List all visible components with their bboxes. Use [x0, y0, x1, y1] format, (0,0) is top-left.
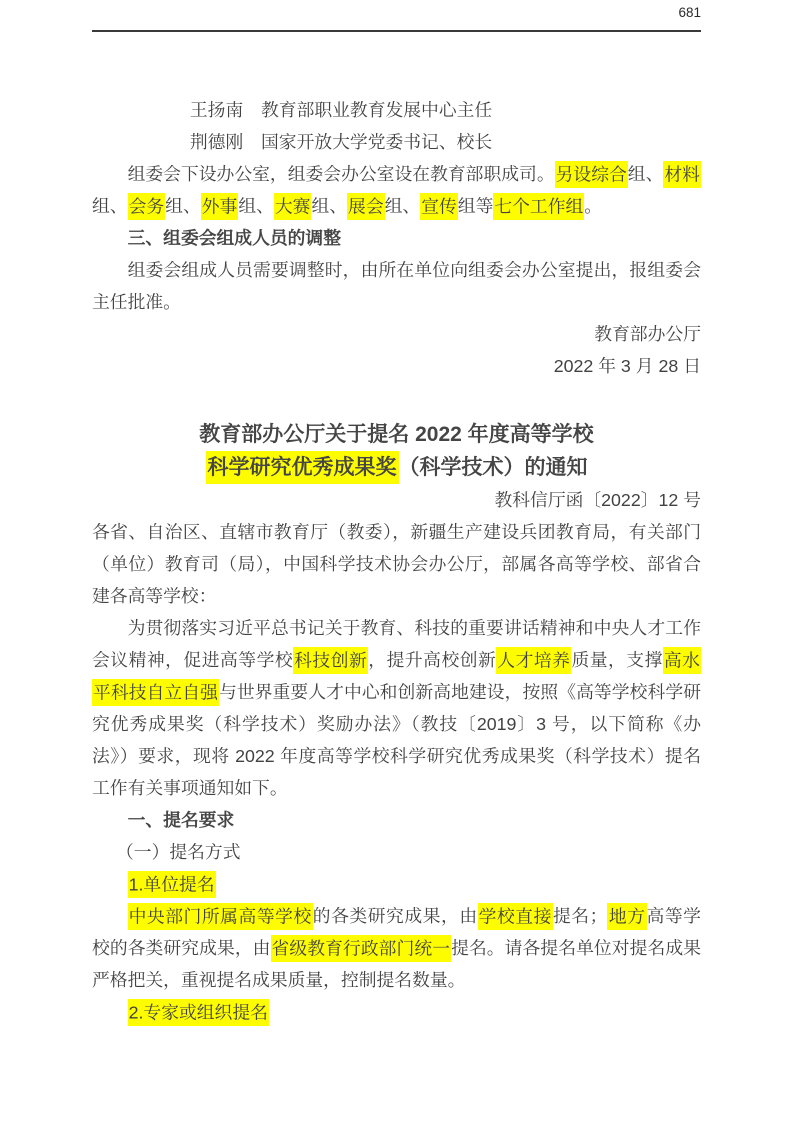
text-segment: 组、 — [165, 196, 201, 216]
highlighted-text: 中央部门所属高等学校 — [128, 903, 313, 930]
text-segment: 组、 — [311, 196, 347, 216]
text-segment: 组、 — [628, 164, 664, 184]
highlighted-text: 另设综合 — [555, 161, 628, 188]
item-1-unit-nomination: 1.单位提名 — [92, 868, 701, 900]
text-segment: 组等 — [458, 196, 494, 216]
notice-title-line-1: 教育部办公厅关于提名 2022 年度高等学校 — [92, 418, 701, 451]
text-segment: 三、组委会组成人员的调整 — [128, 228, 341, 248]
text-segment: 组委会下设办公室，组委会办公室设在教育部职成司。 — [128, 164, 555, 184]
highlighted-text: 材料 — [663, 161, 701, 188]
date-line: 2022 年 3 月 28 日 — [92, 350, 701, 382]
highlighted-text: 七个工作组 — [493, 193, 584, 220]
text-segment: 2022 年 3 月 28 日 — [554, 356, 701, 376]
highlighted-text: 人才培养 — [496, 647, 571, 674]
highlighted-text: 展会 — [347, 193, 385, 220]
highlighted-text: 2.专家或组织提名 — [128, 999, 269, 1026]
text-segment: 教育部办公厅 — [594, 324, 701, 344]
section-heading-three: 三、组委会组成人员的调整 — [92, 222, 701, 254]
text-segment: 荆德刚 国家开放大学党委书记、校长 — [190, 132, 492, 152]
text-segment: 一、提名要求 — [128, 810, 235, 830]
text-segment: 组、 — [238, 196, 274, 216]
text-segment: （一）提名方式 — [116, 842, 240, 862]
highlighted-text: 1.单位提名 — [128, 871, 216, 898]
highlighted-text: 宣传 — [420, 193, 458, 220]
text-segment: 教育部办公厅关于提名 2022 年度高等学校 — [199, 423, 593, 446]
notice-title-line-2: 科学研究优秀成果奖（科学技术）的通知 — [92, 451, 701, 484]
text-segment: ，提升高校创新 — [368, 650, 496, 670]
text-segment: 的各类研究成果，由 — [313, 906, 478, 926]
text-segment: 组委会组成人员需要调整时，由所在单位向组委会办公室提出，报组委会主任批准。 — [92, 260, 701, 312]
subsection-heading-nomination-method: （一）提名方式 — [92, 836, 701, 868]
issuer-line: 教育部办公厅 — [92, 318, 701, 350]
header-rule — [92, 30, 701, 32]
highlighted-text: 省级教育行政部门统一 — [271, 935, 452, 962]
paragraph-office-setup: 组委会下设办公室，组委会办公室设在教育部职成司。另设综合组、材料组、会务组、外事… — [92, 158, 701, 222]
page-number: 681 — [92, 5, 701, 21]
item-2-expert-nomination: 2.专家或组织提名 — [92, 996, 701, 1028]
highlighted-text: 大赛 — [274, 193, 312, 220]
highlighted-text: 外事 — [201, 193, 239, 220]
section-heading-one: 一、提名要求 — [92, 804, 701, 836]
document-body: 王扬南 教育部职业教育发展中心主任荆德刚 国家开放大学党委书记、校长组委会下设办… — [92, 94, 701, 1028]
text-segment: 教科信厅函〔2022〕12 号 — [494, 490, 701, 510]
text-segment: 提名； — [553, 906, 607, 926]
signatory-line-jing: 荆德刚 国家开放大学党委书记、校长 — [92, 126, 701, 158]
paragraph-member-adjustment: 组委会组成人员需要调整时，由所在单位向组委会办公室提出，报组委会主任批准。 — [92, 254, 701, 318]
document-number-line: 教科信厅函〔2022〕12 号 — [92, 484, 701, 516]
text-segment: 组、 — [385, 196, 421, 216]
text-segment: 各省、自治区、直辖市教育厅（教委），新疆生产建设兵团教育局，有关部门（单位）教育… — [92, 522, 701, 606]
highlighted-text: 科学研究优秀成果奖 — [206, 451, 399, 484]
text-segment: （科学技术）的通知 — [399, 456, 588, 479]
text-segment: 质量，支撑 — [571, 650, 662, 670]
highlighted-text: 会务 — [128, 193, 166, 220]
document-page: 681 王扬南 教育部职业教育发展中心主任荆德刚 国家开放大学党委书记、校长组委… — [0, 0, 793, 1122]
paragraph-purpose: 为贯彻落实习近平总书记关于教育、科技的重要讲话精神和中央人才工作会议精神，促进高… — [92, 612, 701, 804]
text-segment: 。 — [584, 196, 602, 216]
highlighted-text: 学校直接 — [478, 903, 553, 930]
paragraph-unit-nomination-detail: 中央部门所属高等学校的各类研究成果，由学校直接提名；地方高等学校的各类研究成果，… — [92, 900, 701, 996]
page-header: 681 — [92, 0, 701, 32]
addressee-paragraph: 各省、自治区、直辖市教育厅（教委），新疆生产建设兵团教育局，有关部门（单位）教育… — [92, 516, 701, 612]
highlighted-text: 科技创新 — [293, 647, 368, 674]
signatory-line-wang: 王扬南 教育部职业教育发展中心主任 — [92, 94, 701, 126]
text-segment: 组、 — [92, 196, 128, 216]
text-segment: 王扬南 教育部职业教育发展中心主任 — [190, 100, 492, 120]
highlighted-text: 地方 — [607, 903, 646, 930]
